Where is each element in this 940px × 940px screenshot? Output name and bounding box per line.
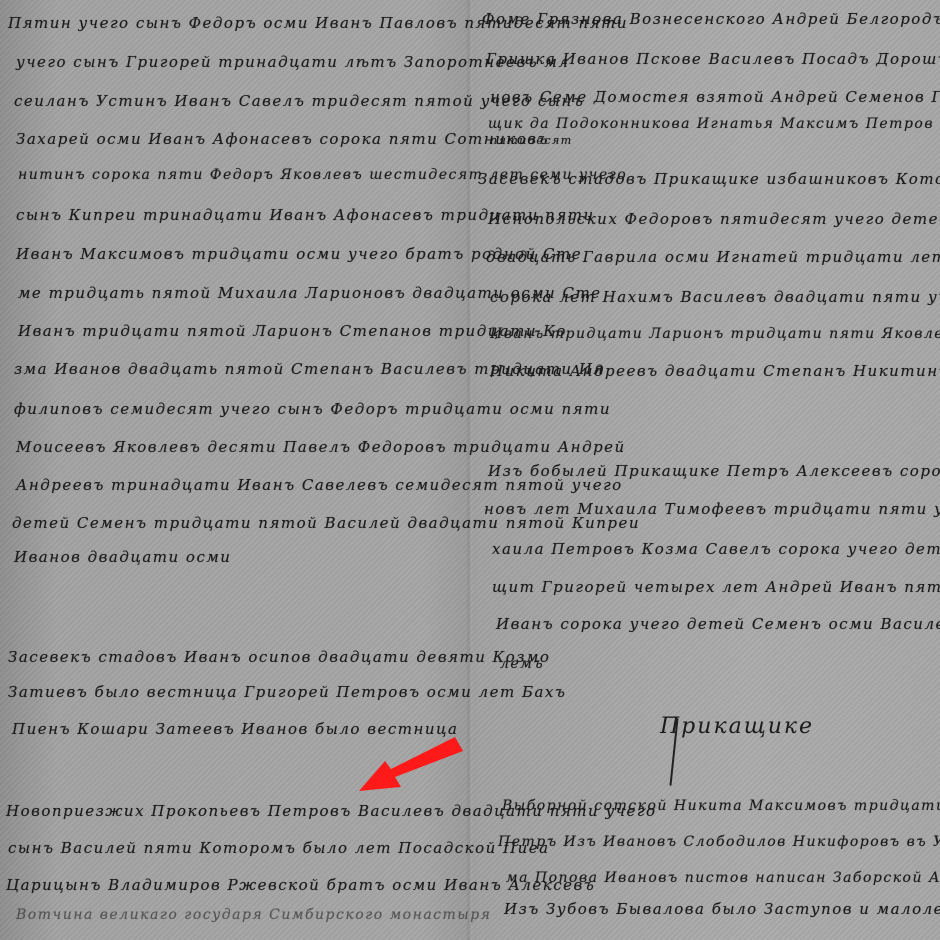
manuscript-line: Иванов двадцати осми [14,548,231,566]
manuscript-line: новъ Семе Домостея взятой Андрей Семенов… [490,88,940,106]
manuscript-line: Изъ Зубовъ Бывалова было Заступов и мало… [504,900,940,918]
manuscript-line: ма Попова Ивановъ пистов написан Заборск… [506,870,940,886]
manuscript-line: Гришка Иванов Пскове Василевъ Посадъ Дор… [486,50,940,68]
manuscript-line: хаила Петровъ Козма Савелъ сорока учего … [492,540,940,558]
manuscript-line: сынъ Василей пяти Которомъ было лет Поса… [8,839,550,857]
manuscript-line: Петръ Изъ Ивановъ Слободилов Никифоровъ … [498,834,940,850]
manuscript-line: Фоме Грязнова Вознесенского Андрей Белго… [482,10,940,28]
manuscript-line: Иванъ тридцати Ларионъ тридцати пяти Яко… [490,326,940,342]
manuscript-line: Засевекъ стадовъ Иванъ осипов двадцати д… [8,648,550,666]
manuscript-line: пятидесят [490,134,573,147]
red-arrow-icon [355,735,465,797]
manuscript-line: Изъ бобылей Прикащике Петръ Алексеевъ со… [488,462,940,480]
manuscript-line: Захарей осми Иванъ Афонасевъ сорока пяти… [16,130,549,148]
manuscript-line: щик да Подоконникова Игнатья Максимъ Пет… [488,116,940,132]
manuscript-line: Выборной сотской Никита Максимовъ тридца… [502,798,940,814]
section-heading: Прикащике [660,714,814,739]
manuscript-line: Иванъ сорока учего детей Семенъ осми Вас… [496,615,940,633]
marginal-note: Вотчина великаго государя Симбирского мо… [16,907,491,923]
manuscript-line: новъ лет Михаила Тимофеевъ тридцати пяти… [484,500,940,518]
right-page: Фоме Грязнова Вознесенского Андрей Белго… [474,0,940,940]
manuscript-line: лемъ [500,656,544,672]
manuscript-line: сорока лет Нахимъ Василевъ двадцати пяти… [490,288,940,306]
manuscript-scan: Пятин учего сынъ Федоръ осми Иванъ Павло… [0,0,940,940]
manuscript-line: щит Григорей четырех лет Андрей Иванъ пя… [492,578,940,596]
left-page: Пятин учего сынъ Федоръ осми Иванъ Павло… [0,0,466,940]
manuscript-line: двадцать Гаврила осми Игнатей тридцати л… [486,248,940,266]
manuscript-line: Иснопольских Федоровъ пятидесят учего де… [488,210,940,228]
manuscript-line: Никита Андреевъ двадцати Степанъ Никитин… [490,362,940,380]
manuscript-line: Засевекъ стадовъ Прикащике избашниковъ К… [478,170,940,188]
